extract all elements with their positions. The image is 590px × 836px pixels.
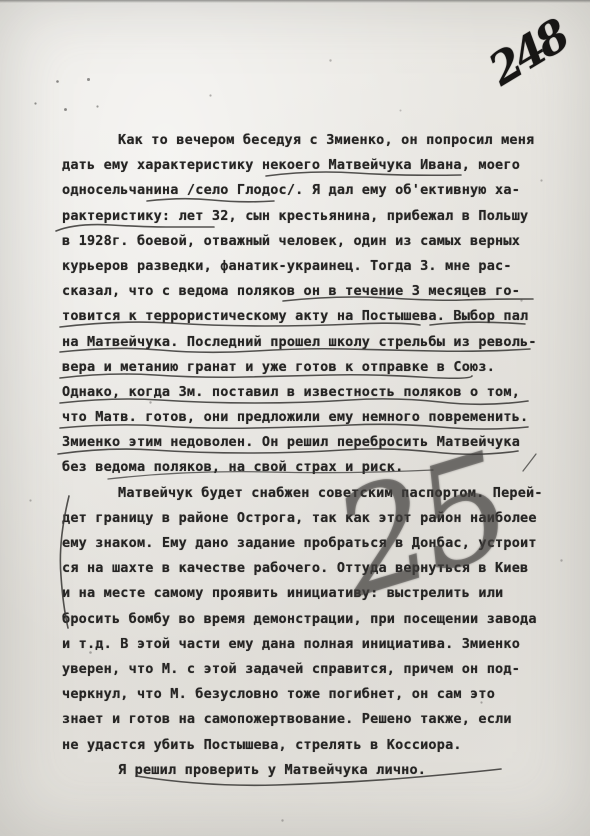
typewritten-line: Змиенко этим недоволен. Он решил перебро… — [62, 430, 562, 455]
typewritten-line: черкнул, что М. безусловно тоже погибнет… — [62, 682, 562, 707]
typewritten-line: знает и готов на самопожертвование. Реше… — [62, 707, 562, 732]
typewritten-line: товится к террористическому акту на Пост… — [62, 304, 562, 329]
typewritten-line: уверен, что М. с этой задачей справится,… — [62, 657, 562, 682]
typewritten-line: бросить бомбу во время демонстрации, при… — [62, 607, 562, 632]
typewritten-line: курьеров разведки, фанатик-украинец. Тог… — [62, 254, 562, 279]
typewritten-text-block: Как то вечером беседуя с Змиенко, он поп… — [62, 128, 562, 783]
handwritten-page-number: 248 — [481, 11, 576, 96]
typewritten-line: что Матв. готов, они предложили ему немн… — [62, 405, 562, 430]
typewritten-line: односельчанина /село Глодос/. Я дал ему … — [62, 178, 562, 203]
document-page: Как то вечером беседуя с Змиенко, он поп… — [0, 0, 590, 836]
typewritten-line: Как то вечером беседуя с Змиенко, он поп… — [62, 128, 562, 153]
typewritten-line: рактеристику: лет 32, сын крестьянина, п… — [62, 204, 562, 229]
typewritten-line: и т.д. В этой части ему дана полная иниц… — [62, 632, 562, 657]
typewritten-line: вера и метанию гранат и уже готов к отпр… — [62, 355, 562, 380]
typewritten-line: Я решил проверить у Матвейчука лично. — [62, 758, 562, 783]
typewritten-line: Однако, когда Зм. поставил в известность… — [62, 380, 562, 405]
typewritten-line: на Матвейчука. Последний прошел школу ст… — [62, 330, 562, 355]
typewritten-line: в 1928г. боевой, отважный человек, один … — [62, 229, 562, 254]
typewritten-line: дать ему характеристику некоего Матвейчу… — [62, 153, 562, 178]
typewritten-line: сказал, что с ведома поляков он в течени… — [62, 279, 562, 304]
paper-specks — [0, 0, 1, 1]
typewritten-line: не удастся убить Постышева, стрелять в К… — [62, 733, 562, 758]
